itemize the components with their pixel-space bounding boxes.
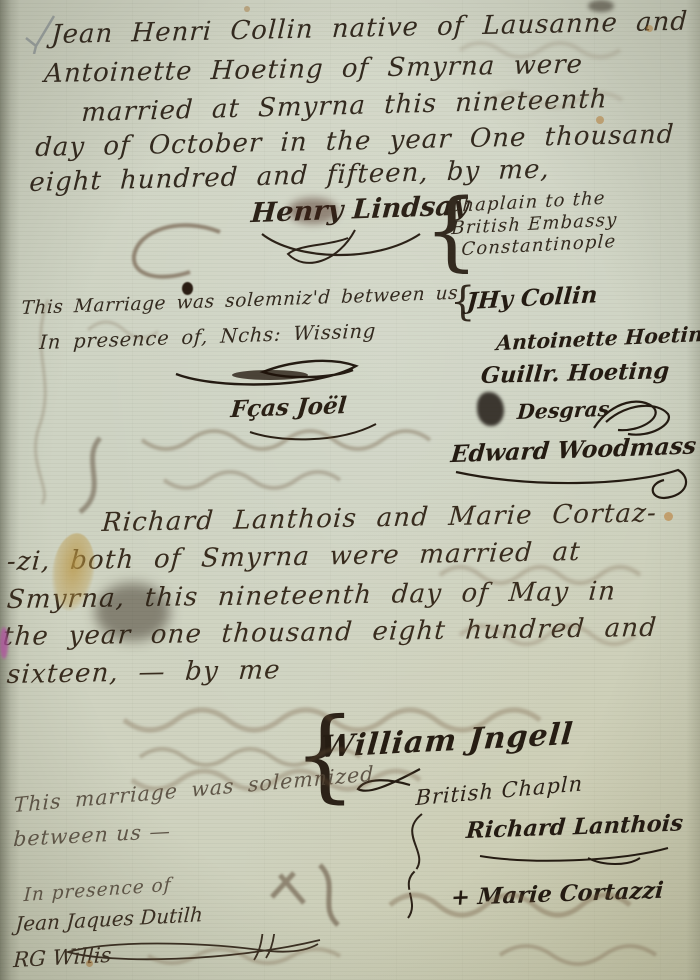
signature-flourish-joel — [238, 420, 388, 446]
signature-flourish-wissing — [168, 352, 368, 392]
entry2-line-4: the year one thousand eight hundred and — [2, 613, 659, 652]
entry1-line-2: Antoinette Hoeting of Smyrna were — [43, 50, 583, 89]
witness-signature-desgras: Desgras — [516, 397, 610, 424]
solemnized-statement-1: This Marriage was solemniz'd between us … — [21, 282, 476, 319]
witness-signature-dutilh: Jean Jaques Dutilh — [15, 902, 204, 936]
presence-statement-1: In presence of, Nchs: Wissing — [39, 319, 377, 354]
signature-flourish-lanthois — [468, 844, 678, 868]
signature-flourish-lindsay — [250, 226, 435, 274]
presence-statement-2: In presence of — [23, 875, 172, 906]
entry2-line-5: sixteen, — by me — [6, 655, 282, 690]
fox-spot — [244, 6, 250, 12]
witness-signature-woodmass: Edward Woodmass — [450, 431, 698, 468]
page-edge-shadow — [686, 0, 700, 980]
entry2-line-1: Richard Lanthois and Marie Cortaz- — [101, 498, 658, 538]
entry1-line-1: Jean Henri Collin native of Lausanne and — [51, 7, 689, 50]
officiant-signature-2: William Jngell — [319, 717, 575, 765]
showthrough-mark — [18, 290, 158, 510]
entry2-line-3: Smyrna, this nineteenth day of May in — [6, 576, 617, 615]
witness-signature-hoeting: Guillr. Hoeting — [480, 358, 670, 389]
bride-signature-2: + Marie Cortazzi — [450, 878, 664, 911]
witness-signature-joel: Fças Joël — [230, 392, 348, 423]
bride-signature-1: Antoinette Hoeting — [496, 321, 700, 355]
entry1-line-3: married at Smyrna this nineteenth — [81, 84, 609, 128]
fox-spot — [664, 512, 673, 521]
witness-signature-willis: RG Willis — [13, 943, 112, 972]
manuscript-page: Jean Henri Collin native of Lausanne and… — [0, 0, 700, 980]
solemnized-statement-2b: between us — — [13, 819, 172, 851]
groom-signature-1: JHy Collin — [466, 281, 598, 315]
groom-signature-2: Richard Lanthois — [465, 810, 684, 844]
ink-blot — [477, 392, 504, 426]
attestation-brace-2 — [388, 812, 442, 922]
signature-flourish-woodmass — [450, 462, 700, 504]
officiant-title-2: British Chapln — [415, 771, 583, 810]
showthrough-mark — [120, 212, 260, 292]
entry2-line-2: -zi, both of Smyrna were married at — [6, 537, 582, 577]
